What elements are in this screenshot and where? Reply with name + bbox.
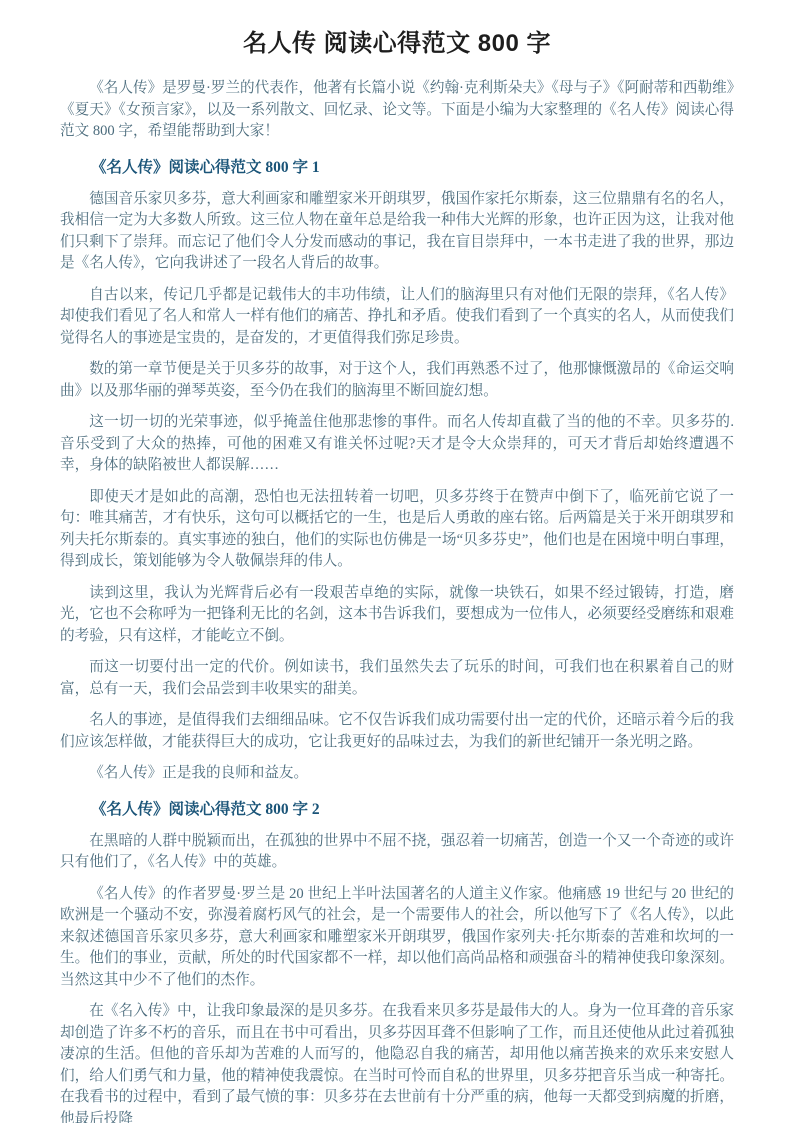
intro-paragraph: 《名人传》是罗曼·罗兰的代表作，他著有长篇小说《约翰·克利斯朵夫》《母与子》《阿… bbox=[60, 78, 734, 143]
section-1-heading: 《名人传》阅读心得范文 800 字 1 bbox=[60, 157, 734, 179]
section-1-paragraph-6: 读到这里，我认为光辉背后必有一段艰苦卓绝的实际，就像一块铁石，如果不经过锻铸，打… bbox=[60, 583, 734, 648]
document-page: 名人传 阅读心得范文 800 字 《名人传》是罗曼·罗兰的代表作，他著有长篇小说… bbox=[0, 0, 794, 1123]
section-1-paragraph-2: 自古以来，传记几乎都是记载伟大的丰功伟绩，让人们的脑海里只有对他们无限的崇拜，《… bbox=[60, 285, 734, 350]
section-1-paragraph-5: 即使天才是如此的高潮，恐怕也无法扭转着一切吧，贝多芬终于在赞声中倒下了，临死前它… bbox=[60, 487, 734, 573]
section-1-paragraph-9: 《名人传》正是我的良师和益友。 bbox=[60, 763, 734, 785]
section-1-paragraph-1: 德国音乐家贝多芬，意大利画家和雕塑家米开朗琪罗，俄国作家托尔斯泰，这三位鼎鼎有名… bbox=[60, 189, 734, 275]
document-title: 名人传 阅读心得范文 800 字 bbox=[60, 26, 734, 62]
section-1-paragraph-3: 数的第一章节便是关于贝多芬的故事，对于这个人，我们再熟悉不过了，他那慷慨激昂的《… bbox=[60, 359, 734, 402]
section-1-paragraph-4: 这一切一切的光荣事迹，似乎掩盖住他那悲惨的事件。而名人传却直截了当的他的不幸。贝… bbox=[60, 412, 734, 477]
section-2-paragraph-2: 《名人传》的作者罗曼·罗兰是 20 世纪上半叶法国著名的人道主义作家。他痛感 1… bbox=[60, 884, 734, 992]
section-2-heading: 《名人传》阅读心得范文 800 字 2 bbox=[60, 799, 734, 821]
section-2-paragraph-1: 在黑暗的人群中脱颖而出，在孤独的世界中不屈不挠，强忍着一切痛苦，创造一个又一个奇… bbox=[60, 831, 734, 874]
section-2-paragraph-3: 在《名入传》中，让我印象最深的是贝多芬。在我看来贝多芬是最伟大的人。身为一位耳聋… bbox=[60, 1001, 734, 1123]
section-1-paragraph-7: 而这一切要付出一定的代价。例如读书，我们虽然失去了玩乐的时间，可我们也在积累着自… bbox=[60, 657, 734, 700]
section-1-paragraph-8: 名人的事迹，是值得我们去细细品味。它不仅告诉我们成功需要付出一定的代价，还暗示着… bbox=[60, 710, 734, 753]
